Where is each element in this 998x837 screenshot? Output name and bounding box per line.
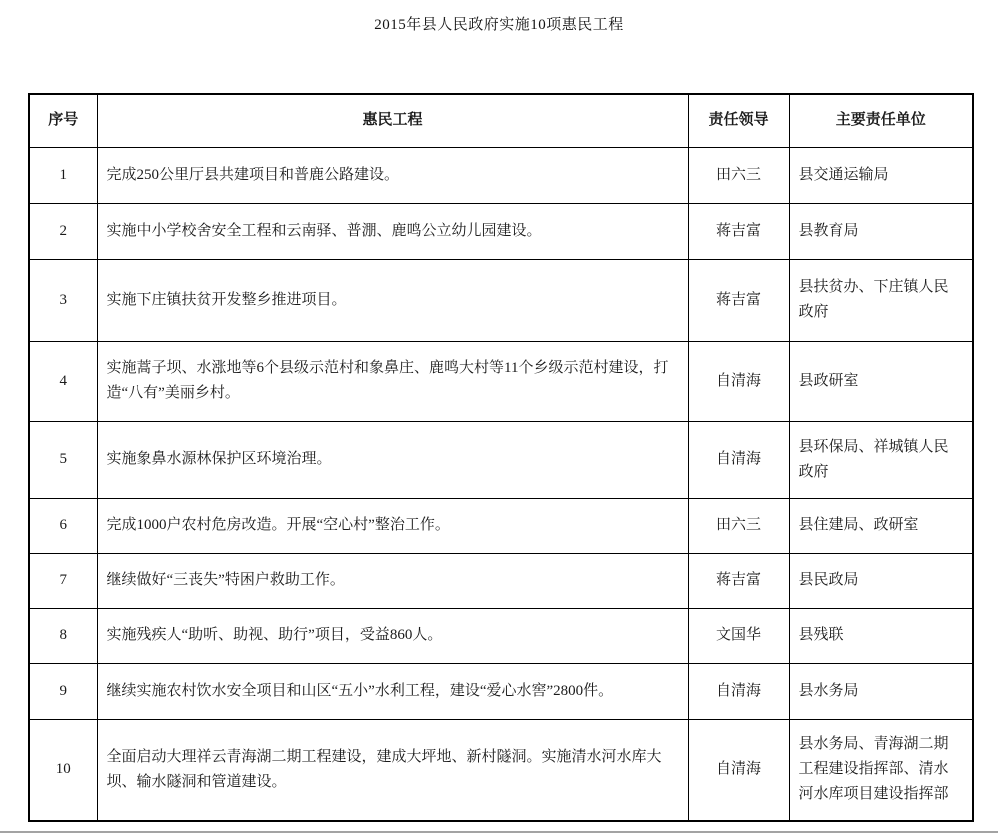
table-row: 8实施残疾人“助听、助视、助行”项目，受益860人。文国华县残联	[29, 608, 973, 663]
table-row: 7继续做好“三丧失”特困户救助工作。蒋吉富县民政局	[29, 553, 973, 608]
cell-project: 完成1000户农村危房改造。开展“空心村”整治工作。	[97, 498, 688, 553]
cell-unit: 县教育局	[789, 203, 973, 259]
table-row: 10全面启动大理祥云青海湖二期工程建设，建成大坪地、新村隧洞。实施清水河水库大坝…	[29, 719, 973, 821]
cell-index: 10	[29, 719, 97, 821]
cell-leader: 田六三	[688, 147, 789, 203]
cell-project: 实施残疾人“助听、助视、助行”项目，受益860人。	[97, 608, 688, 663]
table-row: 1完成250公里厅县共建项目和普鹿公路建设。田六三县交通运输局	[29, 147, 973, 203]
cell-unit: 县交通运输局	[789, 147, 973, 203]
cell-unit: 县水务局、青海湖二期工程建设指挥部、清水河水库项目建设指挥部	[789, 719, 973, 821]
table-row: 4实施蒿子坝、水涨地等6个县级示范村和象鼻庄、鹿鸣大村等11个乡级示范村建设，打…	[29, 341, 973, 421]
cell-project: 实施象鼻水源林保护区环境治理。	[97, 421, 688, 498]
cell-project: 完成250公里厅县共建项目和普鹿公路建设。	[97, 147, 688, 203]
cell-unit: 县政研室	[789, 341, 973, 421]
cell-project: 继续做好“三丧失”特困户救助工作。	[97, 553, 688, 608]
header-cell-project: 惠民工程	[97, 94, 688, 147]
header-cell-unit: 主要责任单位	[789, 94, 973, 147]
cell-leader: 自清海	[688, 341, 789, 421]
cell-project: 继续实施农村饮水安全项目和山区“五小”水利工程，建设“爱心水窖”2800件。	[97, 663, 688, 719]
cell-unit: 县残联	[789, 608, 973, 663]
cell-leader: 蒋吉富	[688, 203, 789, 259]
cell-leader: 蒋吉富	[688, 259, 789, 341]
table-row: 2实施中小学校舍安全工程和云南驿、普淜、鹿鸣公立幼儿园建设。蒋吉富县教育局	[29, 203, 973, 259]
table-row: 6完成1000户农村危房改造。开展“空心村”整治工作。田六三县住建局、政研室	[29, 498, 973, 553]
cell-project: 实施蒿子坝、水涨地等6个县级示范村和象鼻庄、鹿鸣大村等11个乡级示范村建设，打造…	[97, 341, 688, 421]
page-break-line	[0, 831, 998, 833]
cell-project: 实施中小学校舍安全工程和云南驿、普淜、鹿鸣公立幼儿园建设。	[97, 203, 688, 259]
cell-index: 1	[29, 147, 97, 203]
projects-table-container: 序号 惠民工程 责任领导 主要责任单位 1完成250公里厅县共建项目和普鹿公路建…	[28, 93, 974, 822]
cell-index: 5	[29, 421, 97, 498]
cell-project: 实施下庄镇扶贫开发整乡推进项目。	[97, 259, 688, 341]
cell-index: 9	[29, 663, 97, 719]
cell-index: 6	[29, 498, 97, 553]
cell-unit: 县住建局、政研室	[789, 498, 973, 553]
cell-index: 4	[29, 341, 97, 421]
table-header-row: 序号 惠民工程 责任领导 主要责任单位	[29, 94, 973, 147]
cell-leader: 自清海	[688, 421, 789, 498]
cell-unit: 县扶贫办、下庄镇人民政府	[789, 259, 973, 341]
cell-leader: 田六三	[688, 498, 789, 553]
cell-index: 7	[29, 553, 97, 608]
projects-table: 序号 惠民工程 责任领导 主要责任单位 1完成250公里厅县共建项目和普鹿公路建…	[28, 93, 974, 822]
header-cell-index: 序号	[29, 94, 97, 147]
cell-index: 8	[29, 608, 97, 663]
cell-leader: 自清海	[688, 719, 789, 821]
header-cell-leader: 责任领导	[688, 94, 789, 147]
cell-unit: 县民政局	[789, 553, 973, 608]
cell-index: 2	[29, 203, 97, 259]
cell-unit: 县环保局、祥城镇人民政府	[789, 421, 973, 498]
cell-index: 3	[29, 259, 97, 341]
table-row: 3实施下庄镇扶贫开发整乡推进项目。蒋吉富县扶贫办、下庄镇人民政府	[29, 259, 973, 341]
cell-unit: 县水务局	[789, 663, 973, 719]
cell-leader: 自清海	[688, 663, 789, 719]
page-title: 2015年县人民政府实施10项惠民工程	[0, 0, 998, 34]
document-page: 2015年县人民政府实施10项惠民工程 序号 惠民工程 责任领导 主要责任单位 …	[0, 0, 998, 837]
cell-leader: 文国华	[688, 608, 789, 663]
cell-project: 全面启动大理祥云青海湖二期工程建设，建成大坪地、新村隧洞。实施清水河水库大坝、输…	[97, 719, 688, 821]
table-row: 5实施象鼻水源林保护区环境治理。自清海县环保局、祥城镇人民政府	[29, 421, 973, 498]
table-row: 9继续实施农村饮水安全项目和山区“五小”水利工程，建设“爱心水窖”2800件。自…	[29, 663, 973, 719]
table-body: 1完成250公里厅县共建项目和普鹿公路建设。田六三县交通运输局2实施中小学校舍安…	[29, 147, 973, 821]
cell-leader: 蒋吉富	[688, 553, 789, 608]
